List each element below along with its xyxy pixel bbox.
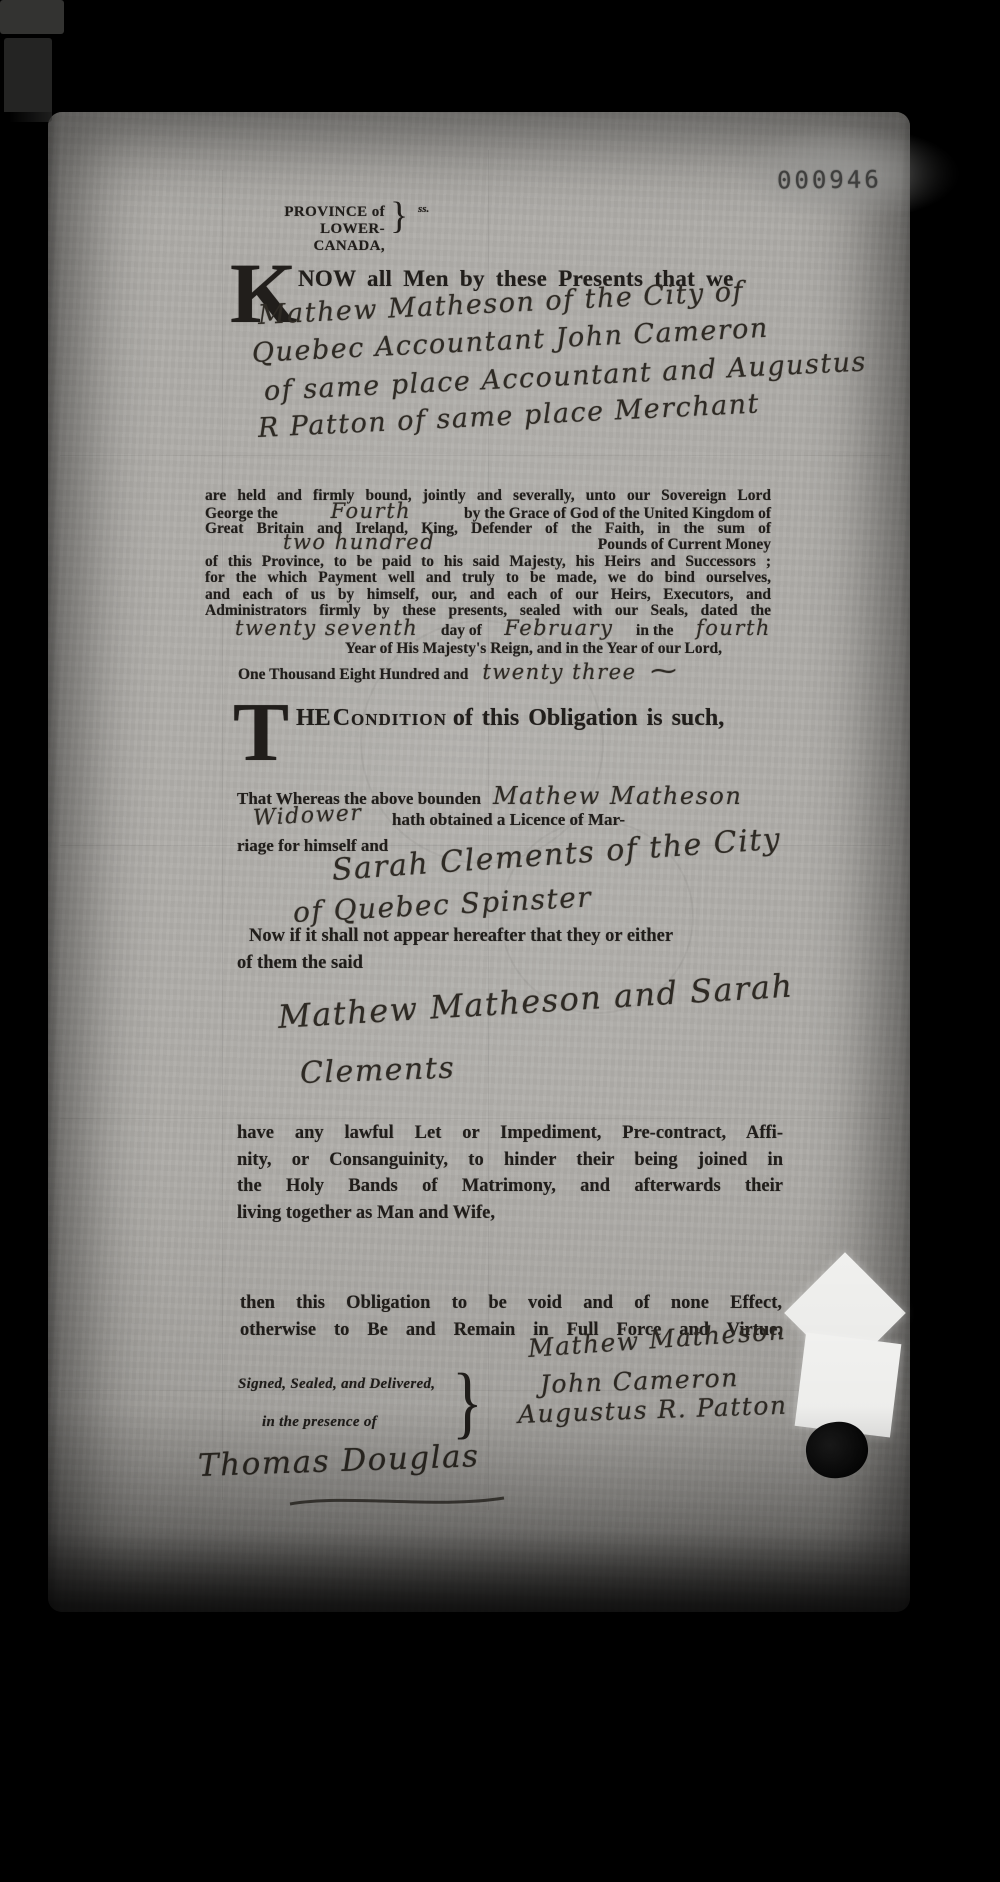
bond-clause-line-7: and each of us by himself, our, and each… bbox=[205, 586, 771, 603]
handwritten-groom-status: Widower bbox=[252, 801, 363, 831]
bond-clause-line-11: One Thousand Eight Hundred and twenty th… bbox=[238, 656, 677, 686]
bond-clause-line-5: of this Province, to be paid to his said… bbox=[205, 553, 771, 570]
film-edge-fade-bottom bbox=[0, 1150, 1000, 1882]
bond-clause-line-1: are held and firmly bound, jointly and s… bbox=[205, 487, 771, 504]
ss-abbreviation: ss. bbox=[418, 203, 429, 215]
bond-text: in the bbox=[636, 622, 673, 639]
condition-heading: HEConditionof this Obligation is such, bbox=[296, 705, 724, 732]
handwritten-year: twenty three bbox=[482, 660, 636, 684]
bond-text: day of bbox=[441, 622, 482, 639]
handwritten-king-numeral: Fourth bbox=[331, 503, 412, 520]
handwritten-day: twenty seventh bbox=[235, 620, 418, 637]
province-brace: } bbox=[390, 194, 408, 238]
condition-heading-he: HE bbox=[296, 705, 331, 731]
bond-clause-line-9: twenty seventh day of February in the fo… bbox=[205, 620, 771, 639]
film-artifact-top-left-2 bbox=[4, 38, 52, 122]
serial-number-stamp: 000946 bbox=[777, 165, 882, 194]
paper-crease bbox=[60, 1118, 890, 1119]
handwritten-regnal-year: fourth bbox=[696, 620, 771, 637]
film-artifact-top-left-1 bbox=[0, 0, 64, 34]
bond-text: Pounds of Current Money bbox=[598, 536, 771, 553]
now-line-2: of them the said bbox=[237, 953, 363, 974]
handwritten-groom-name: Mathew Matheson bbox=[493, 782, 742, 810]
province-line-1: PROVINCE of bbox=[253, 204, 385, 221]
handwritten-couple-line-2: Clements bbox=[299, 1051, 455, 1091]
paper-crease bbox=[60, 455, 890, 456]
condition-heading-rest: of this Obligation is such, bbox=[453, 705, 724, 731]
now-line-1: Now if it shall not appear hereafter tha… bbox=[249, 926, 673, 947]
bond-clause-line-4: two hundred Pounds of Current Money bbox=[205, 534, 771, 553]
impediment-line-1: have any lawful Let or Impediment, Pre-c… bbox=[237, 1120, 783, 1147]
handwritten-month: February bbox=[504, 620, 613, 637]
bond-clause-line-6: for the which Payment well and truly to … bbox=[205, 569, 771, 586]
bond-text: One Thousand Eight Hundred and bbox=[238, 666, 468, 684]
dropcap-t: T bbox=[233, 700, 289, 766]
condition-heading-word: Condition bbox=[333, 705, 447, 731]
pen-flourish: ⁓ bbox=[651, 656, 677, 686]
licence-line: hath obtained a Licence of Mar- bbox=[392, 810, 625, 830]
microfilm-frame: 000946 PROVINCE of LOWER-CANADA, } ss. K… bbox=[0, 0, 1000, 1882]
handwritten-sum: two hundred bbox=[283, 534, 435, 551]
